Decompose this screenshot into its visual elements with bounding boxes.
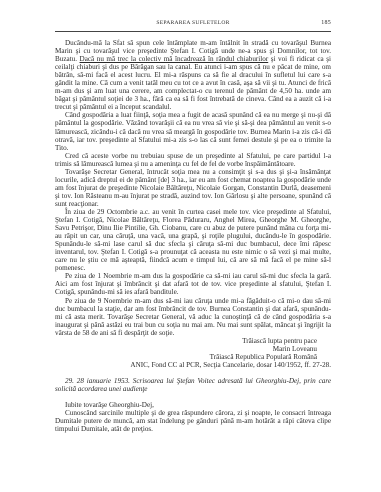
closing-line: Trăiască Republica Populară Română (55, 353, 331, 361)
paragraph: În ziua de 29 Octombrie a.c. au venit în… (55, 208, 331, 272)
spacer (55, 369, 331, 377)
paragraph: Pe ziua de 9 Noembrie m-am dus să-mi iau… (55, 297, 331, 337)
running-title: SEPARAREA SUFLETELOR (55, 20, 331, 26)
paragraph: Ducându-mă la Sfat să spun cele întâmpla… (55, 39, 331, 111)
header-rule (55, 31, 331, 32)
paragraph: Tovarăşe Secretar General, întrucât soţi… (55, 168, 331, 208)
paragraph: Când gospodăria a luat fiinţă, soţia mea… (55, 111, 331, 151)
document-heading: 29. 28 ianuarie 1953. Scrisoarea lui Şte… (55, 377, 331, 393)
spacer (55, 393, 331, 401)
page-number: 185 (321, 20, 331, 26)
page-body: Ducându-mă la Sfat să spun cele întâmpla… (55, 39, 331, 433)
archive-source: ANIC, Fond CC al PCR, Secţia Cancelarie,… (55, 361, 331, 369)
salutation: Iubite tovarăşe Gheorghiu-Dej, (55, 401, 331, 409)
page-header: SEPARAREA SUFLETELOR 185 (55, 18, 331, 29)
underlined-text: Dacă nu mă trec la colectiv mă încadreaz… (80, 55, 269, 63)
paragraph: Cred că aceste vorbe nu trebuiau spuse d… (55, 152, 331, 168)
text-run: şi voi fi ridicat ca şi ceilalţi chiabur… (55, 55, 331, 111)
paragraph: Pe ziua de 1 Noembrie m-am dus la gospod… (55, 272, 331, 296)
closing-line: Trăiască lupta pentru pace (55, 337, 331, 345)
signature: Marin Loveanu (55, 345, 331, 353)
document-page: SEPARAREA SUFLETELOR 185 Ducându-mă la S… (55, 18, 331, 433)
paragraph: Cunoscând sarcinile multiple şi de grea … (55, 409, 331, 433)
